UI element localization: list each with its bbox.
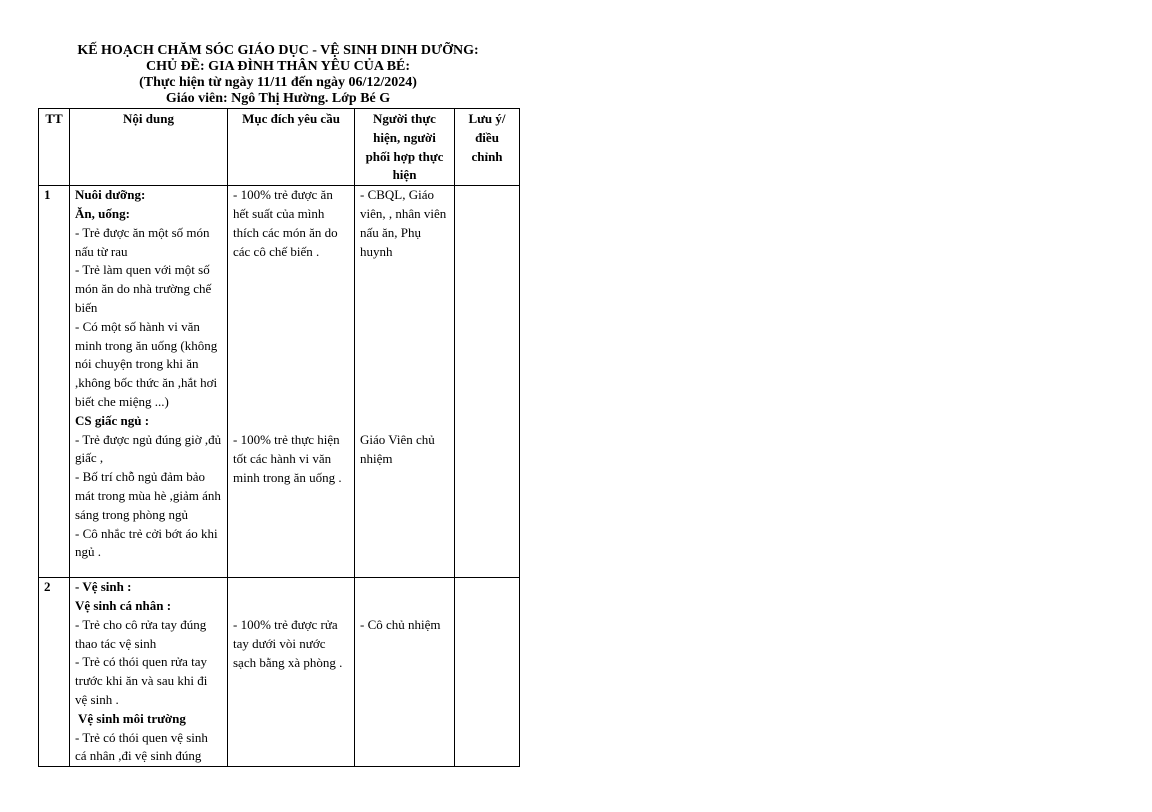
content-item: - Cô nhắc trẻ cởi bớt áo khi ngủ . <box>75 525 222 563</box>
content-heading: Vệ sinh môi trường <box>75 710 222 729</box>
header-person-line: Người thực <box>360 110 449 129</box>
spacer <box>233 261 349 431</box>
person-item: - CBQL, Giáo viên, , nhân viên nấu ăn, P… <box>360 186 449 261</box>
row-note <box>455 578 520 767</box>
row-note <box>455 186 520 578</box>
spacer <box>233 597 349 616</box>
content-item: - Trẻ được ngủ đúng giờ ,đủ giấc , <box>75 431 222 469</box>
table-row: 2 - Vệ sinh : Vệ sinh cá nhân : - Trẻ ch… <box>39 578 520 767</box>
content-item: - Trẻ có thói quen rửa tay trước khi ăn … <box>75 653 222 709</box>
title-line-plan: KẾ HOẠCH CHĂM SÓC GIÁO DỤC - VỆ SINH DIN… <box>38 43 518 59</box>
row-purpose: - 100% trẻ được rửa tay dưới vòi nước sạ… <box>228 578 355 767</box>
content-heading: Nuôi dưỡng: <box>75 186 222 205</box>
header-content: Nội dung <box>70 109 228 186</box>
purpose-item: - 100% trẻ thực hiện tốt các hành vi văn… <box>233 431 349 487</box>
header-person-line: hiện <box>360 166 449 185</box>
title-line-dates: (Thực hiện từ ngày 11/11 đến ngày 06/12/… <box>38 75 518 91</box>
header-person-line: hiện, người <box>360 129 449 148</box>
content-heading: Vệ sinh cá nhân : <box>75 597 222 616</box>
content-item: - Trẻ làm quen với một số món ăn do nhà … <box>75 261 222 317</box>
purpose-item: - 100% trẻ được ăn hết suất của mình thí… <box>233 186 349 261</box>
spacer <box>233 578 349 597</box>
table-header-row: TT Nội dung Mục đích yêu cầu Người thực … <box>39 109 520 186</box>
content-item: - Có một số hành vi văn minh trong ăn uố… <box>75 318 222 412</box>
row-person: - Cô chủ nhiệm <box>355 578 455 767</box>
purpose-item: - 100% trẻ được rửa tay dưới vòi nước sạ… <box>233 616 349 672</box>
header-note: Lưu ý/ điều chỉnh <box>455 109 520 186</box>
table-row: 1 Nuôi dưỡng: Ăn, uống: - Trẻ được ăn mộ… <box>39 186 520 578</box>
content-heading: CS giấc ngủ : <box>75 412 222 431</box>
row-purpose: - 100% trẻ được ăn hết suất của mình thí… <box>228 186 355 578</box>
header-person-line: phối hợp thực <box>360 148 449 167</box>
header-person: Người thực hiện, người phối hợp thực hiệ… <box>355 109 455 186</box>
header-note-line: Lưu ý/ <box>460 110 514 129</box>
header-purpose: Mục đích yêu cầu <box>228 109 355 186</box>
row-content: - Vệ sinh : Vệ sinh cá nhân : - Trẻ cho … <box>70 578 228 767</box>
content-item: - Bố trí chỗ ngủ đảm bảo mát trong mùa h… <box>75 468 222 524</box>
content-heading: - Vệ sinh : <box>75 578 222 597</box>
person-item: Giáo Viên chủ nhiệm <box>360 431 449 469</box>
document-title: KẾ HOẠCH CHĂM SÓC GIÁO DỤC - VỆ SINH DIN… <box>38 43 518 107</box>
title-line-teacher: Giáo viên: Ngô Thị Hường. Lớp Bé G <box>38 91 518 107</box>
content-heading: Ăn, uống: <box>75 205 222 224</box>
title-line-theme: CHỦ ĐỀ: GIA ĐÌNH THÂN YÊU CỦA BÉ: <box>38 59 518 75</box>
spacer <box>360 261 449 431</box>
row-person: - CBQL, Giáo viên, , nhân viên nấu ăn, P… <box>355 186 455 578</box>
content-item: - Trẻ có thói quen vệ sinh cá nhân ,đi v… <box>75 729 222 767</box>
content-item: - Trẻ cho cô rửa tay đúng thao tác vệ si… <box>75 616 222 654</box>
row-number: 2 <box>39 578 70 767</box>
spacer <box>360 597 449 616</box>
header-tt: TT <box>39 109 70 186</box>
header-note-line: điều <box>460 129 514 148</box>
care-plan-table: TT Nội dung Mục đích yêu cầu Người thực … <box>38 108 520 767</box>
spacer <box>360 578 449 597</box>
row-number: 1 <box>39 186 70 578</box>
row-content: Nuôi dưỡng: Ăn, uống: - Trẻ được ăn một … <box>70 186 228 578</box>
person-item: - Cô chủ nhiệm <box>360 616 449 635</box>
content-item: - Trẻ được ăn một số món nấu từ rau <box>75 224 222 262</box>
header-note-line: chỉnh <box>460 148 514 167</box>
